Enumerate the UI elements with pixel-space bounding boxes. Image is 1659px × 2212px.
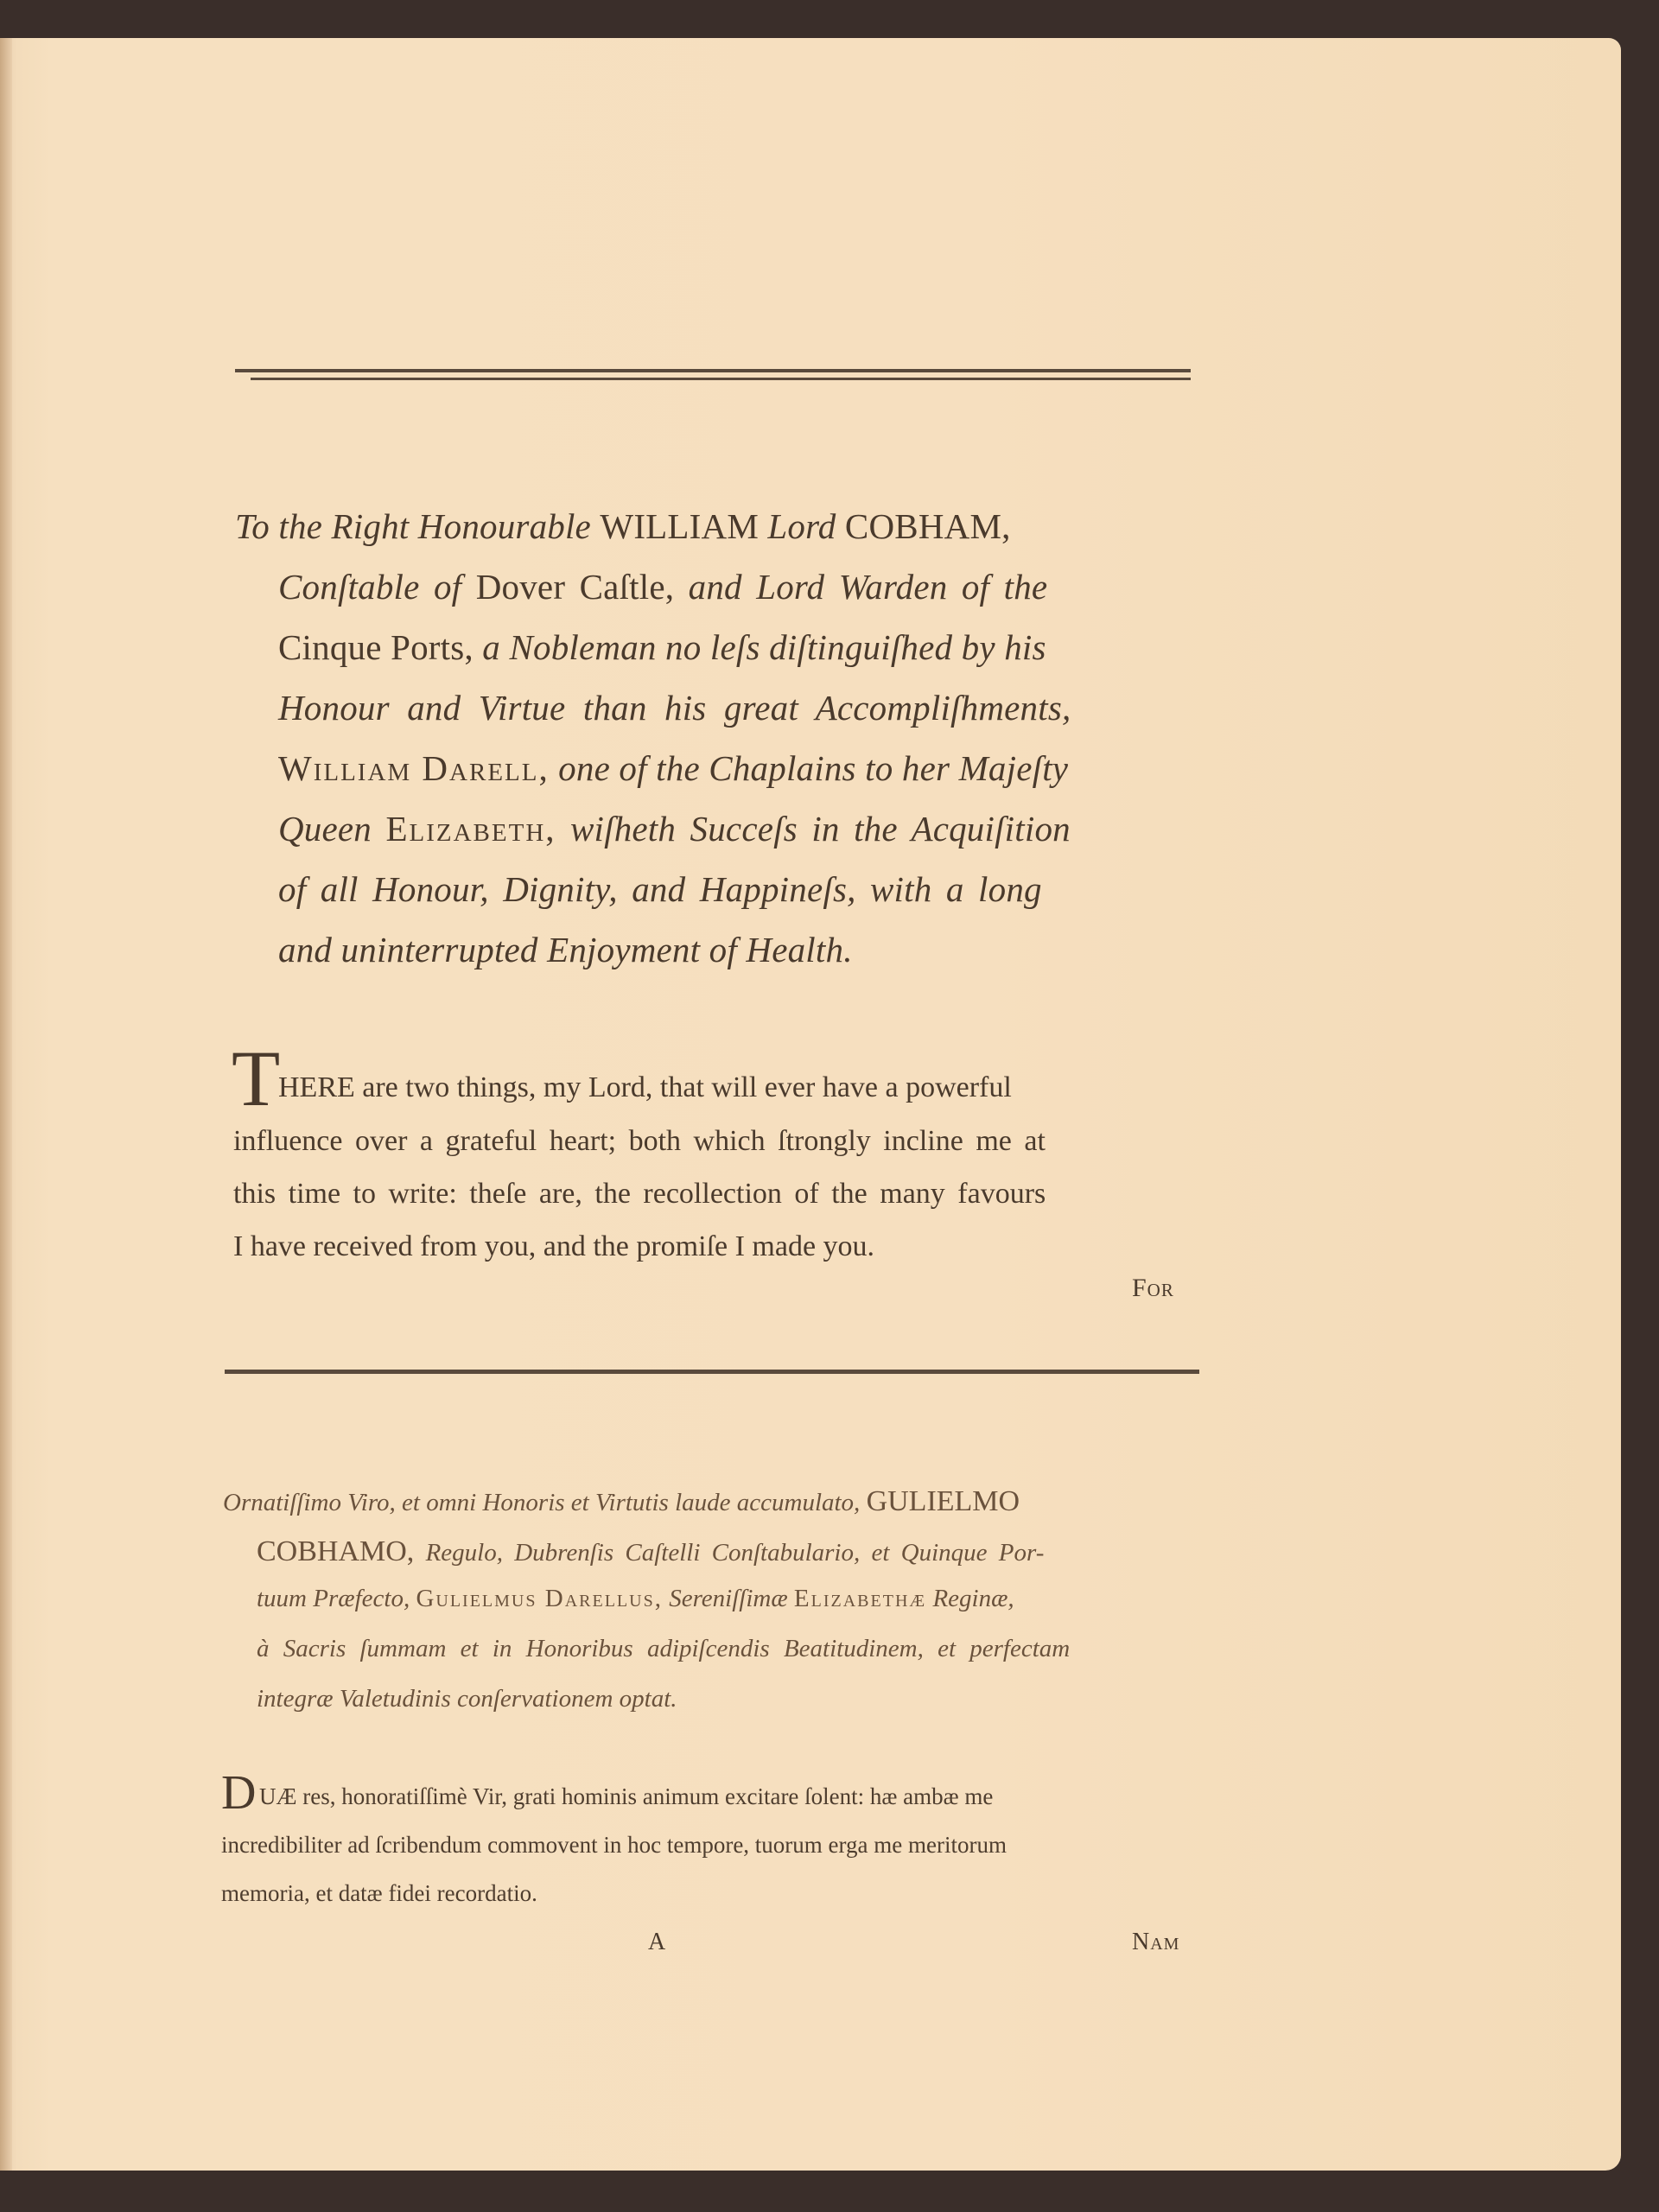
place-cinque-ports: Cinque Ports, — [278, 627, 474, 667]
top-rule-thin — [251, 378, 1191, 380]
name-william-darell: William Darell, — [278, 748, 550, 788]
latin-dedication-line-1: Ornatiſſimo Viro, et omni Honoris et Vir… — [223, 1487, 1020, 1516]
catchword-nam: Nam — [1132, 1930, 1179, 1955]
latin-text: Sereniſſimæ — [663, 1585, 794, 1612]
place-dover: Dover Caſtle, — [476, 567, 674, 607]
dedication-text: Honour and Virtue than his great Accompl… — [278, 688, 1071, 728]
top-rule-thick — [235, 369, 1191, 372]
letter-line-3: this time to write: theſe are, the recol… — [233, 1179, 1046, 1209]
letter-line-2: influence over a grateful heart; both wh… — [233, 1127, 1046, 1156]
latin-text: Reginæ, — [926, 1585, 1014, 1612]
dedication-text: a Nobleman no leſs diſtinguiſhed by his — [474, 627, 1046, 667]
letter-line-4: I have received from you, and the promiſ… — [233, 1232, 874, 1262]
dedication-line-7: of all Honour, Dignity, and Happineſs, w… — [278, 872, 1042, 907]
name-cobham: COBHAM, — [845, 506, 1011, 546]
drop-cap-t: T — [232, 1039, 280, 1118]
latin-text: integræ Valetudinis conſervationem optat… — [257, 1685, 677, 1713]
book-page: To the Right Honourable WILLIAM Lord COB… — [0, 38, 1621, 2171]
latin-letter-line-2: incredibiliter ad ſcribendum commovent i… — [221, 1834, 1007, 1857]
name-cobhamo: COBHAMO, — [257, 1535, 414, 1567]
dedication-text: and Lord Warden of the — [674, 567, 1047, 607]
latin-text: à Sacris ſummam et in Honoribus adipiſce… — [257, 1635, 1070, 1662]
dedication-text: To the Right Honourable — [235, 506, 600, 546]
dedication-text: one of the Chaplains to her Majeſty — [550, 748, 1068, 788]
dedication-line-2: Conſtable of Dover Caſtle, and Lord Ward… — [278, 569, 1047, 605]
dedication-text: wiſheth Succeſs in the Acquiſition — [556, 809, 1071, 849]
catchword-for: For — [1132, 1275, 1174, 1301]
signature-mark: A — [648, 1930, 666, 1955]
dedication-text: Lord — [759, 506, 845, 546]
dedication-text: Conſtable of — [278, 567, 476, 607]
drop-cap-d: D — [221, 1769, 256, 1817]
latin-dedication-line-2: COBHAMO, Regulo, Dubrenſis Caſtelli Conſ… — [257, 1537, 1044, 1567]
dedication-line-3: Cinque Ports, a Nobleman no leſs diſting… — [278, 630, 1046, 665]
dedication-text: Queen — [278, 809, 385, 849]
dedication-line-4: Honour and Virtue than his great Accompl… — [278, 690, 1071, 726]
latin-text: Ornatiſſimo Viro, et omni Honoris et Vir… — [223, 1489, 867, 1516]
name-gulielmus-darellus: Gulielmus Darellus, — [416, 1585, 663, 1612]
dedication-line-8: and uninterrupted Enjoyment of Health. — [278, 932, 853, 968]
latin-letter-line-3: memoria, et datæ fidei recordatio. — [221, 1882, 537, 1905]
latin-text: Regulo, Dubrenſis Caſtelli Conſtabulario… — [414, 1539, 1044, 1567]
dedication-line-6: Queen Elizabeth, wiſheth Succeſs in the … — [278, 811, 1071, 847]
page-gutter — [0, 38, 12, 2171]
latin-dedication-line-5: integræ Valetudinis conſervationem optat… — [257, 1687, 677, 1712]
dedication-text: of all Honour, Dignity, and Happineſs, w… — [278, 869, 1042, 909]
letter-line-1: HERE are two things, my Lord, that will … — [278, 1073, 1012, 1103]
dedication-line-5: William Darell, one of the Chaplains to … — [278, 751, 1068, 786]
latin-letter-line-1: UÆ res, honoratiſſimè Vir, grati hominis… — [259, 1785, 993, 1808]
name-elizabeth: Elizabeth, — [385, 809, 556, 849]
dedication-text: and uninterrupted Enjoyment of Health. — [278, 930, 853, 969]
name-elizabethae: Elizabethæ — [794, 1585, 926, 1612]
dedication-line-1: To the Right Honourable WILLIAM Lord COB… — [235, 509, 1011, 544]
latin-dedication-line-3: tuum Præfecto, Gulielmus Darellus, Seren… — [257, 1586, 1014, 1611]
name-william: WILLIAM — [600, 506, 759, 546]
latin-dedication-line-4: à Sacris ſummam et in Honoribus adipiſce… — [257, 1637, 1070, 1662]
middle-rule — [225, 1370, 1199, 1374]
latin-text: tuum Præfecto, — [257, 1585, 416, 1612]
name-gulielmo: GULIELMO — [867, 1485, 1020, 1517]
